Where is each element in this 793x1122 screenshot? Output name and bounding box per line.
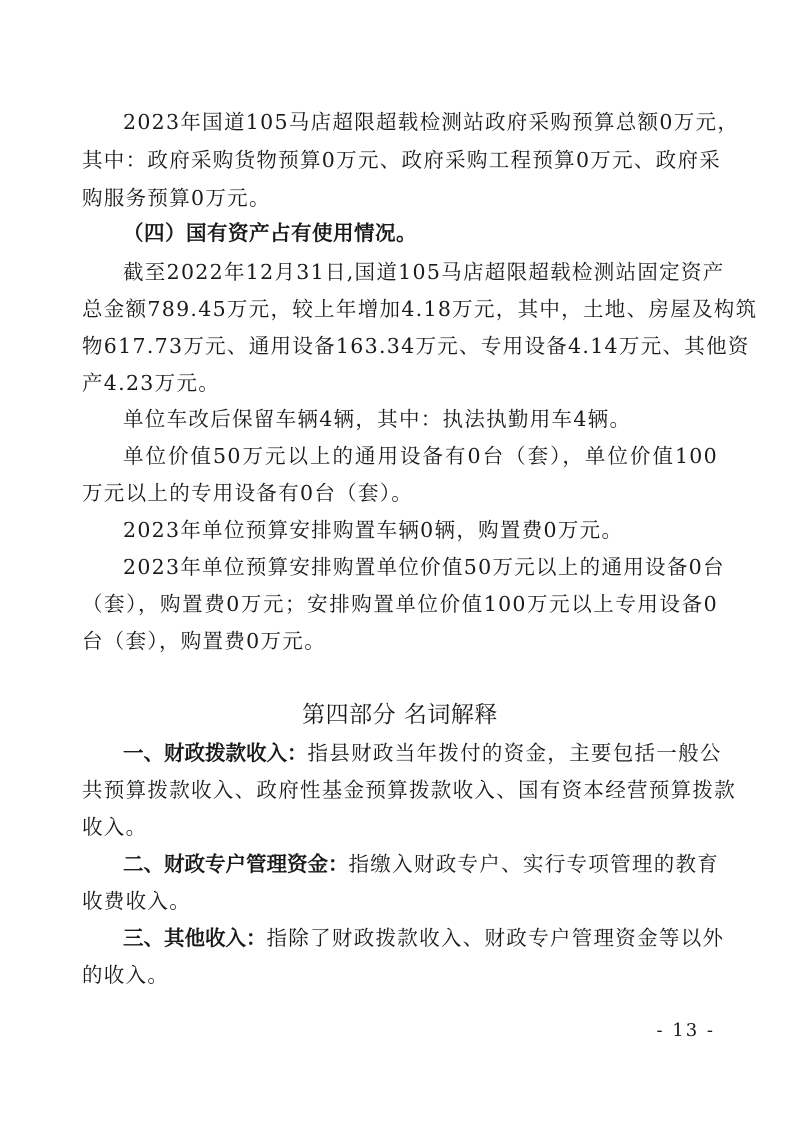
paragraph-assets-line3: 物617.73万元、通用设备163.34万元、专用设备4.14万元、其他资 xyxy=(82,331,718,361)
paragraph-equipment-purchase-line1: 2023年单位预算安排购置单位价值50万元以上的通用设备0台 xyxy=(82,552,718,582)
section-title-assets: （四）国有资产占有使用情况。 xyxy=(82,218,718,248)
paragraph-vehicle-purchase: 2023年单位预算安排购置车辆0辆，购置费0万元。 xyxy=(82,515,718,545)
definition-1-line3: 收入。 xyxy=(82,812,718,842)
definition-1-term: 一、财政拨款收入： xyxy=(123,741,308,765)
paragraph-vehicles: 单位车改后保留车辆4辆，其中：执法执勤用车4辆。 xyxy=(82,404,718,434)
definition-3-line2: 的收入。 xyxy=(82,960,718,990)
definition-2-line1: 二、财政专户管理资金：指缴入财政专户、实行专项管理的教育 xyxy=(82,849,718,879)
definition-1-line2: 共预算拨款收入、政府性基金预算拨款收入、国有资本经营预算拨款 xyxy=(82,775,718,805)
paragraph-equipment-purchase-line3: 台（套），购置费0万元。 xyxy=(82,626,718,656)
paragraph-equipment-purchase-line2: （套），购置费0万元；安排购置单位价值100万元以上专用设备0 xyxy=(82,589,718,619)
definition-2-line2: 收费收入。 xyxy=(82,886,718,916)
definition-2-text: 指缴入财政专户、实行专项管理的教育 xyxy=(349,852,720,876)
paragraph-procurement-line2: 其中：政府采购货物预算0万元、政府采购工程预算0万元、政府采 xyxy=(82,145,718,175)
definition-1-line1: 一、财政拨款收入：指县财政当年拨付的资金，主要包括一般公 xyxy=(82,738,718,768)
part-four-heading: 第四部分 名词解释 xyxy=(82,699,718,731)
paragraph-assets-line2: 总金额789.45万元，较上年增加4.18万元，其中，土地、房屋及构筑 xyxy=(82,294,718,324)
paragraph-equipment-line1: 单位价值50万元以上的通用设备有0台（套），单位价值100 xyxy=(82,441,718,471)
definition-3-line1: 三、其他收入：指除了财政拨款收入、财政专户管理资金等以外 xyxy=(82,923,718,953)
paragraph-assets-line4: 产4.23万元。 xyxy=(82,368,718,398)
definition-2-term: 二、财政专户管理资金： xyxy=(123,852,349,876)
definition-3-term: 三、其他收入： xyxy=(123,926,267,950)
page-number: - 13 - xyxy=(656,1020,715,1041)
paragraph-procurement-line3: 购服务预算0万元。 xyxy=(82,183,718,213)
definition-3-text: 指除了财政拨款收入、财政专户管理资金等以外 xyxy=(267,926,725,950)
definition-1-text: 指县财政当年拨付的资金，主要包括一般公 xyxy=(308,741,722,765)
paragraph-assets-line1: 截至2022年12月31日,国道105马店超限超载检测站固定资产 xyxy=(82,257,718,287)
paragraph-procurement-line1: 2023年国道105马店超限超载检测站政府采购预算总额0万元， xyxy=(82,107,718,137)
paragraph-equipment-line2: 万元以上的专用设备有0台（套）。 xyxy=(82,478,718,508)
